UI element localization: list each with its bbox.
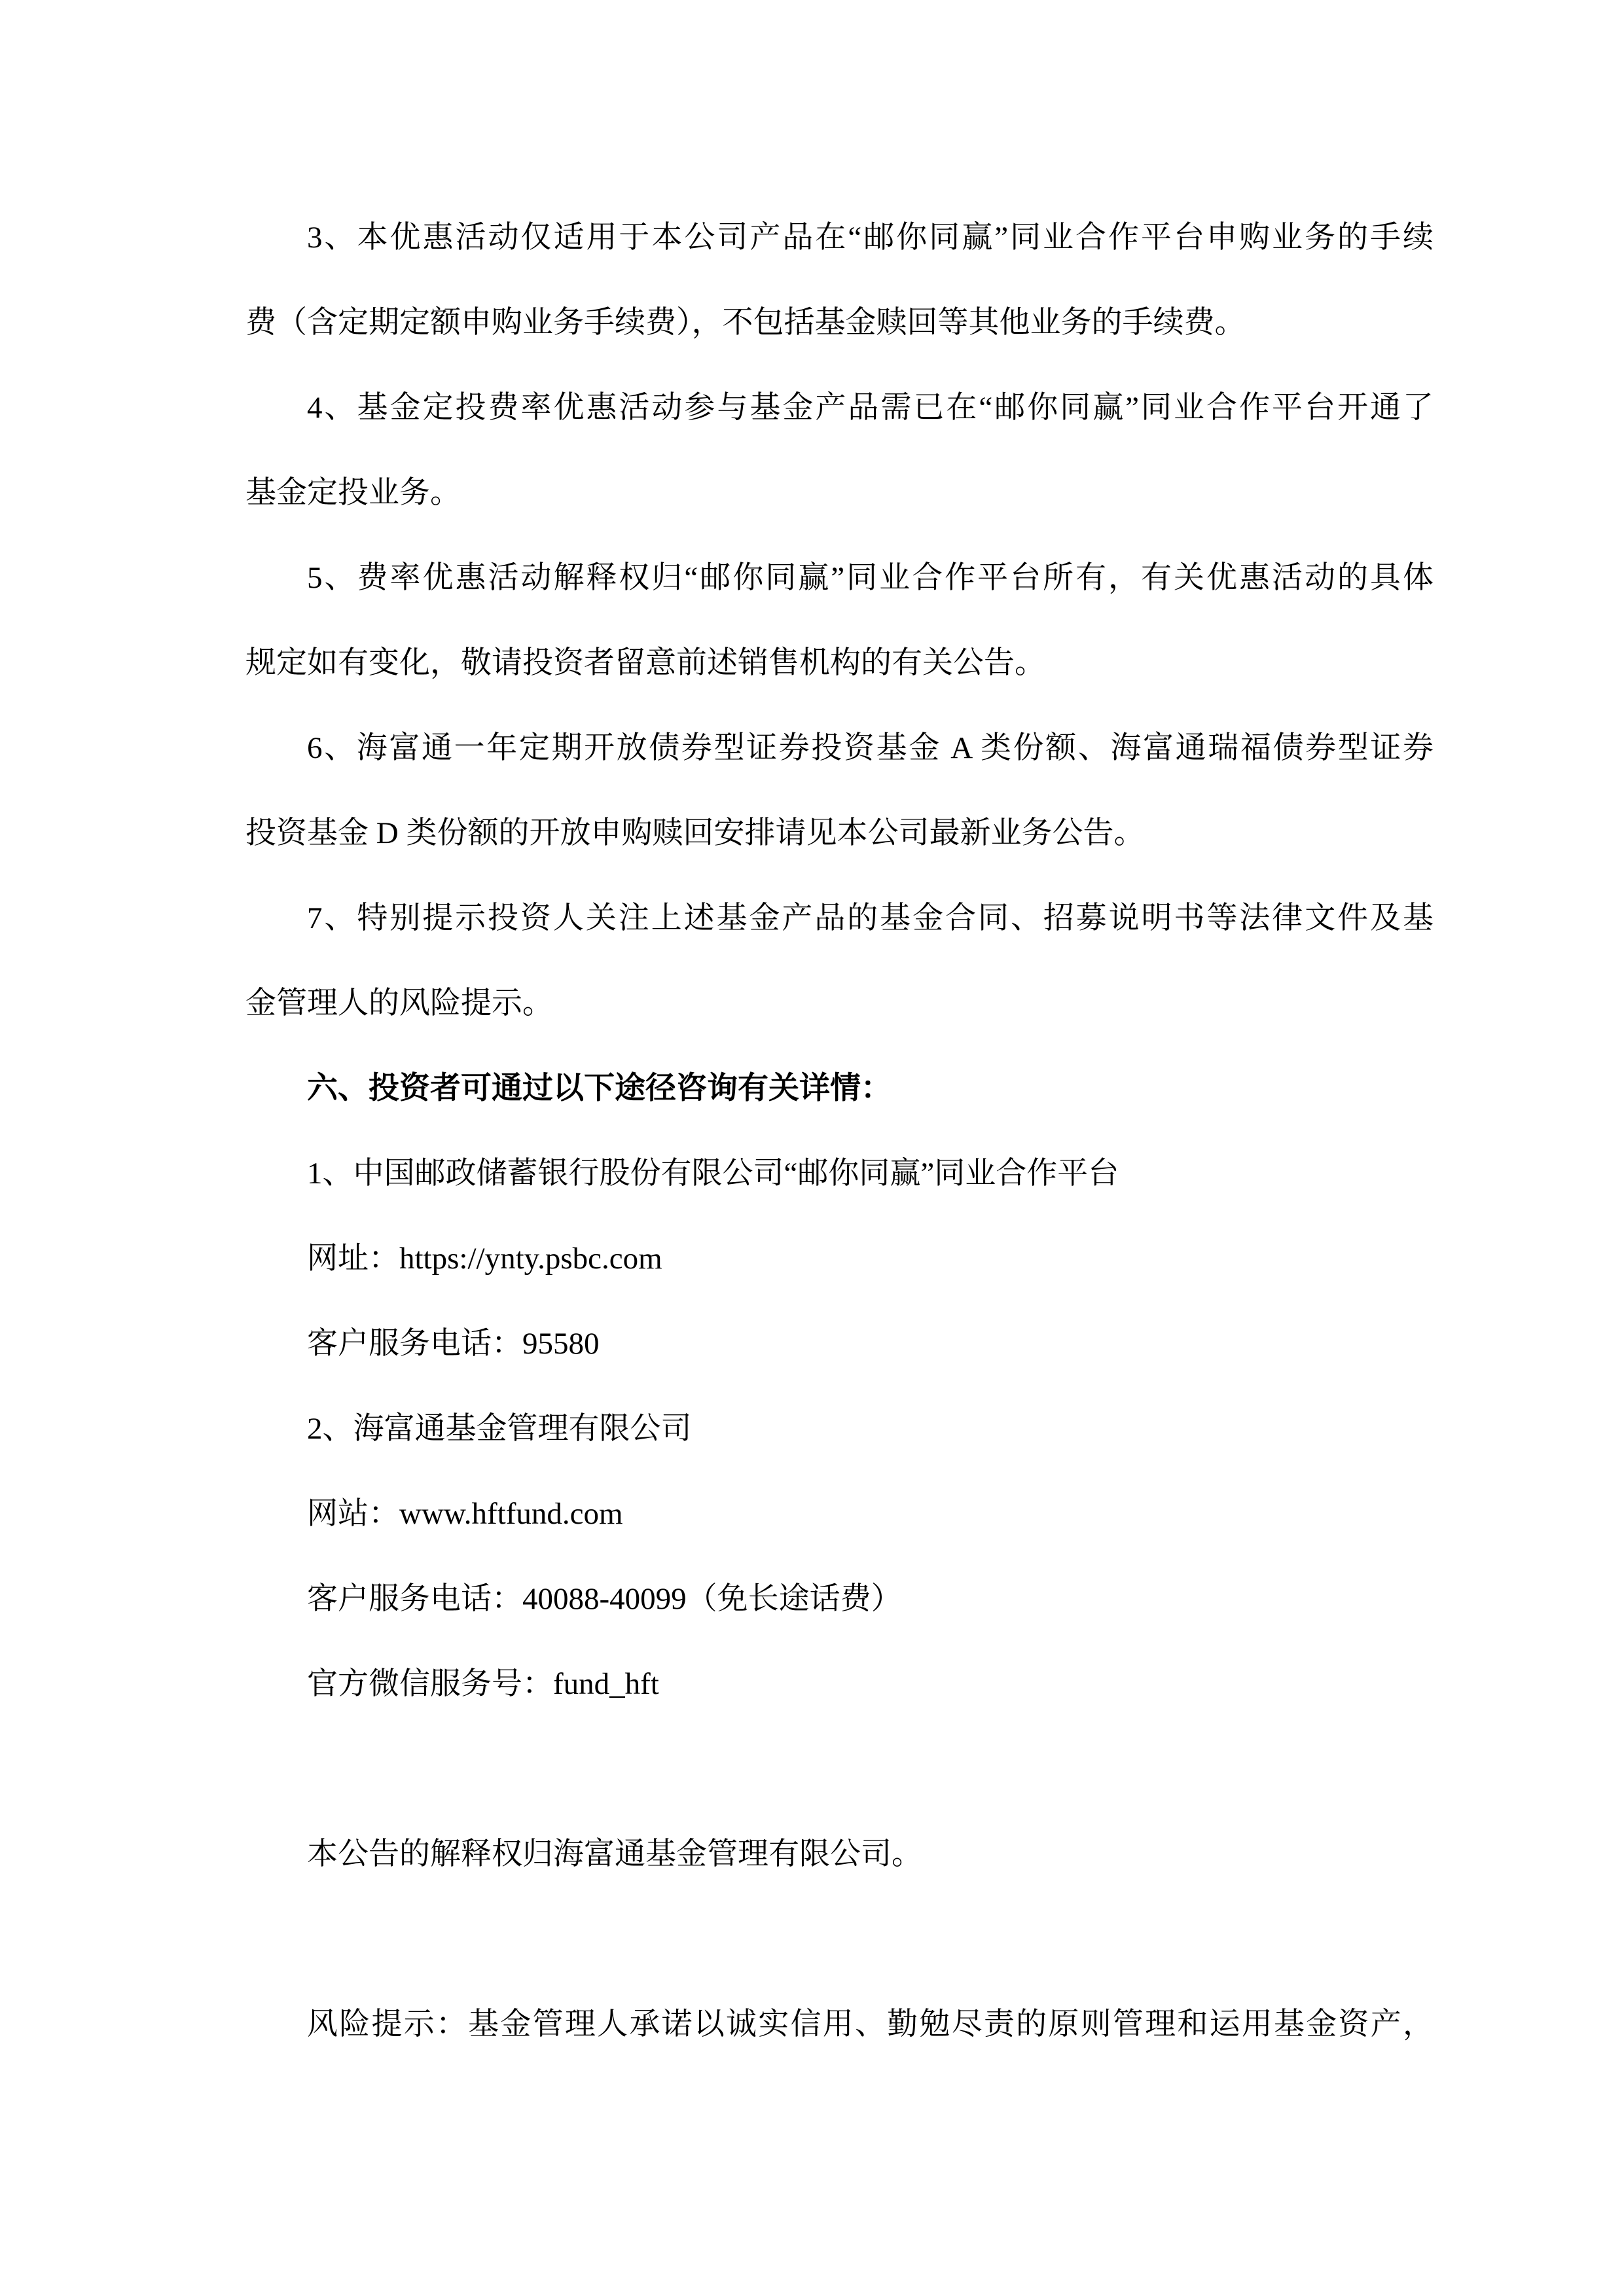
- channel-1-website: 网址：https://ynty.psbc.com: [245, 1216, 1434, 1301]
- note-3-line-1: 3、本优惠活动仅适用于本公司产品在“邮你同赢”同业合作平台申购业务的手续: [245, 195, 1434, 280]
- disclaimer-line: 本公告的解释权归海富通基金管理有限公司。: [245, 1812, 1434, 1897]
- channel-2-phone: 客户服务电话：40088-40099（免长途话费）: [245, 1556, 1434, 1641]
- channel-2-name: 2、海富通基金管理有限公司: [245, 1386, 1434, 1471]
- channel-1-phone: 客户服务电话：95580: [245, 1301, 1434, 1386]
- channel-1-name: 1、中国邮政储蓄银行股份有限公司“邮你同赢”同业合作平台: [245, 1131, 1434, 1216]
- document-text-block: 3、本优惠活动仅适用于本公司产品在“邮你同赢”同业合作平台申购业务的手续 费（含…: [245, 195, 1434, 2067]
- note-4-line-2: 基金定投业务。: [245, 450, 1434, 535]
- note-7-line-1: 7、特别提示投资人关注上述基金产品的基金合同、招募说明书等法律文件及基: [245, 876, 1434, 961]
- section-six-heading: 六、投资者可通过以下途径咨询有关详情：: [245, 1046, 1434, 1131]
- note-6-line-1: 6、海富通一年定期开放债券型证券投资基金 A 类份额、海富通瑞福债券型证券: [245, 706, 1434, 791]
- note-5-line-2: 规定如有变化，敬请投资者留意前述销售机构的有关公告。: [245, 620, 1434, 706]
- note-4-line-1: 4、基金定投费率优惠活动参与基金产品需已在“邮你同赢”同业合作平台开通了: [245, 365, 1434, 450]
- note-7-line-2: 金管理人的风险提示。: [245, 961, 1434, 1046]
- risk-warning-line: 风险提示：基金管理人承诺以诚实信用、勤勉尽责的原则管理和运用基金资产，: [245, 1982, 1434, 2067]
- document-page: 3、本优惠活动仅适用于本公司产品在“邮你同赢”同业合作平台申购业务的手续 费（含…: [0, 0, 1624, 2296]
- note-6-line-2: 投资基金 D 类份额的开放申购赎回安排请见本公司最新业务公告。: [245, 791, 1434, 876]
- channel-2-website: 网站：www.hftfund.com: [245, 1471, 1434, 1556]
- note-3-line-2: 费（含定期定额申购业务手续费），不包括基金赎回等其他业务的手续费。: [245, 280, 1434, 365]
- note-5-line-1: 5、费率优惠活动解释权归“邮你同赢”同业合作平台所有，有关优惠活动的具体: [245, 535, 1434, 620]
- channel-2-wechat: 官方微信服务号：fund_hft: [245, 1641, 1434, 1727]
